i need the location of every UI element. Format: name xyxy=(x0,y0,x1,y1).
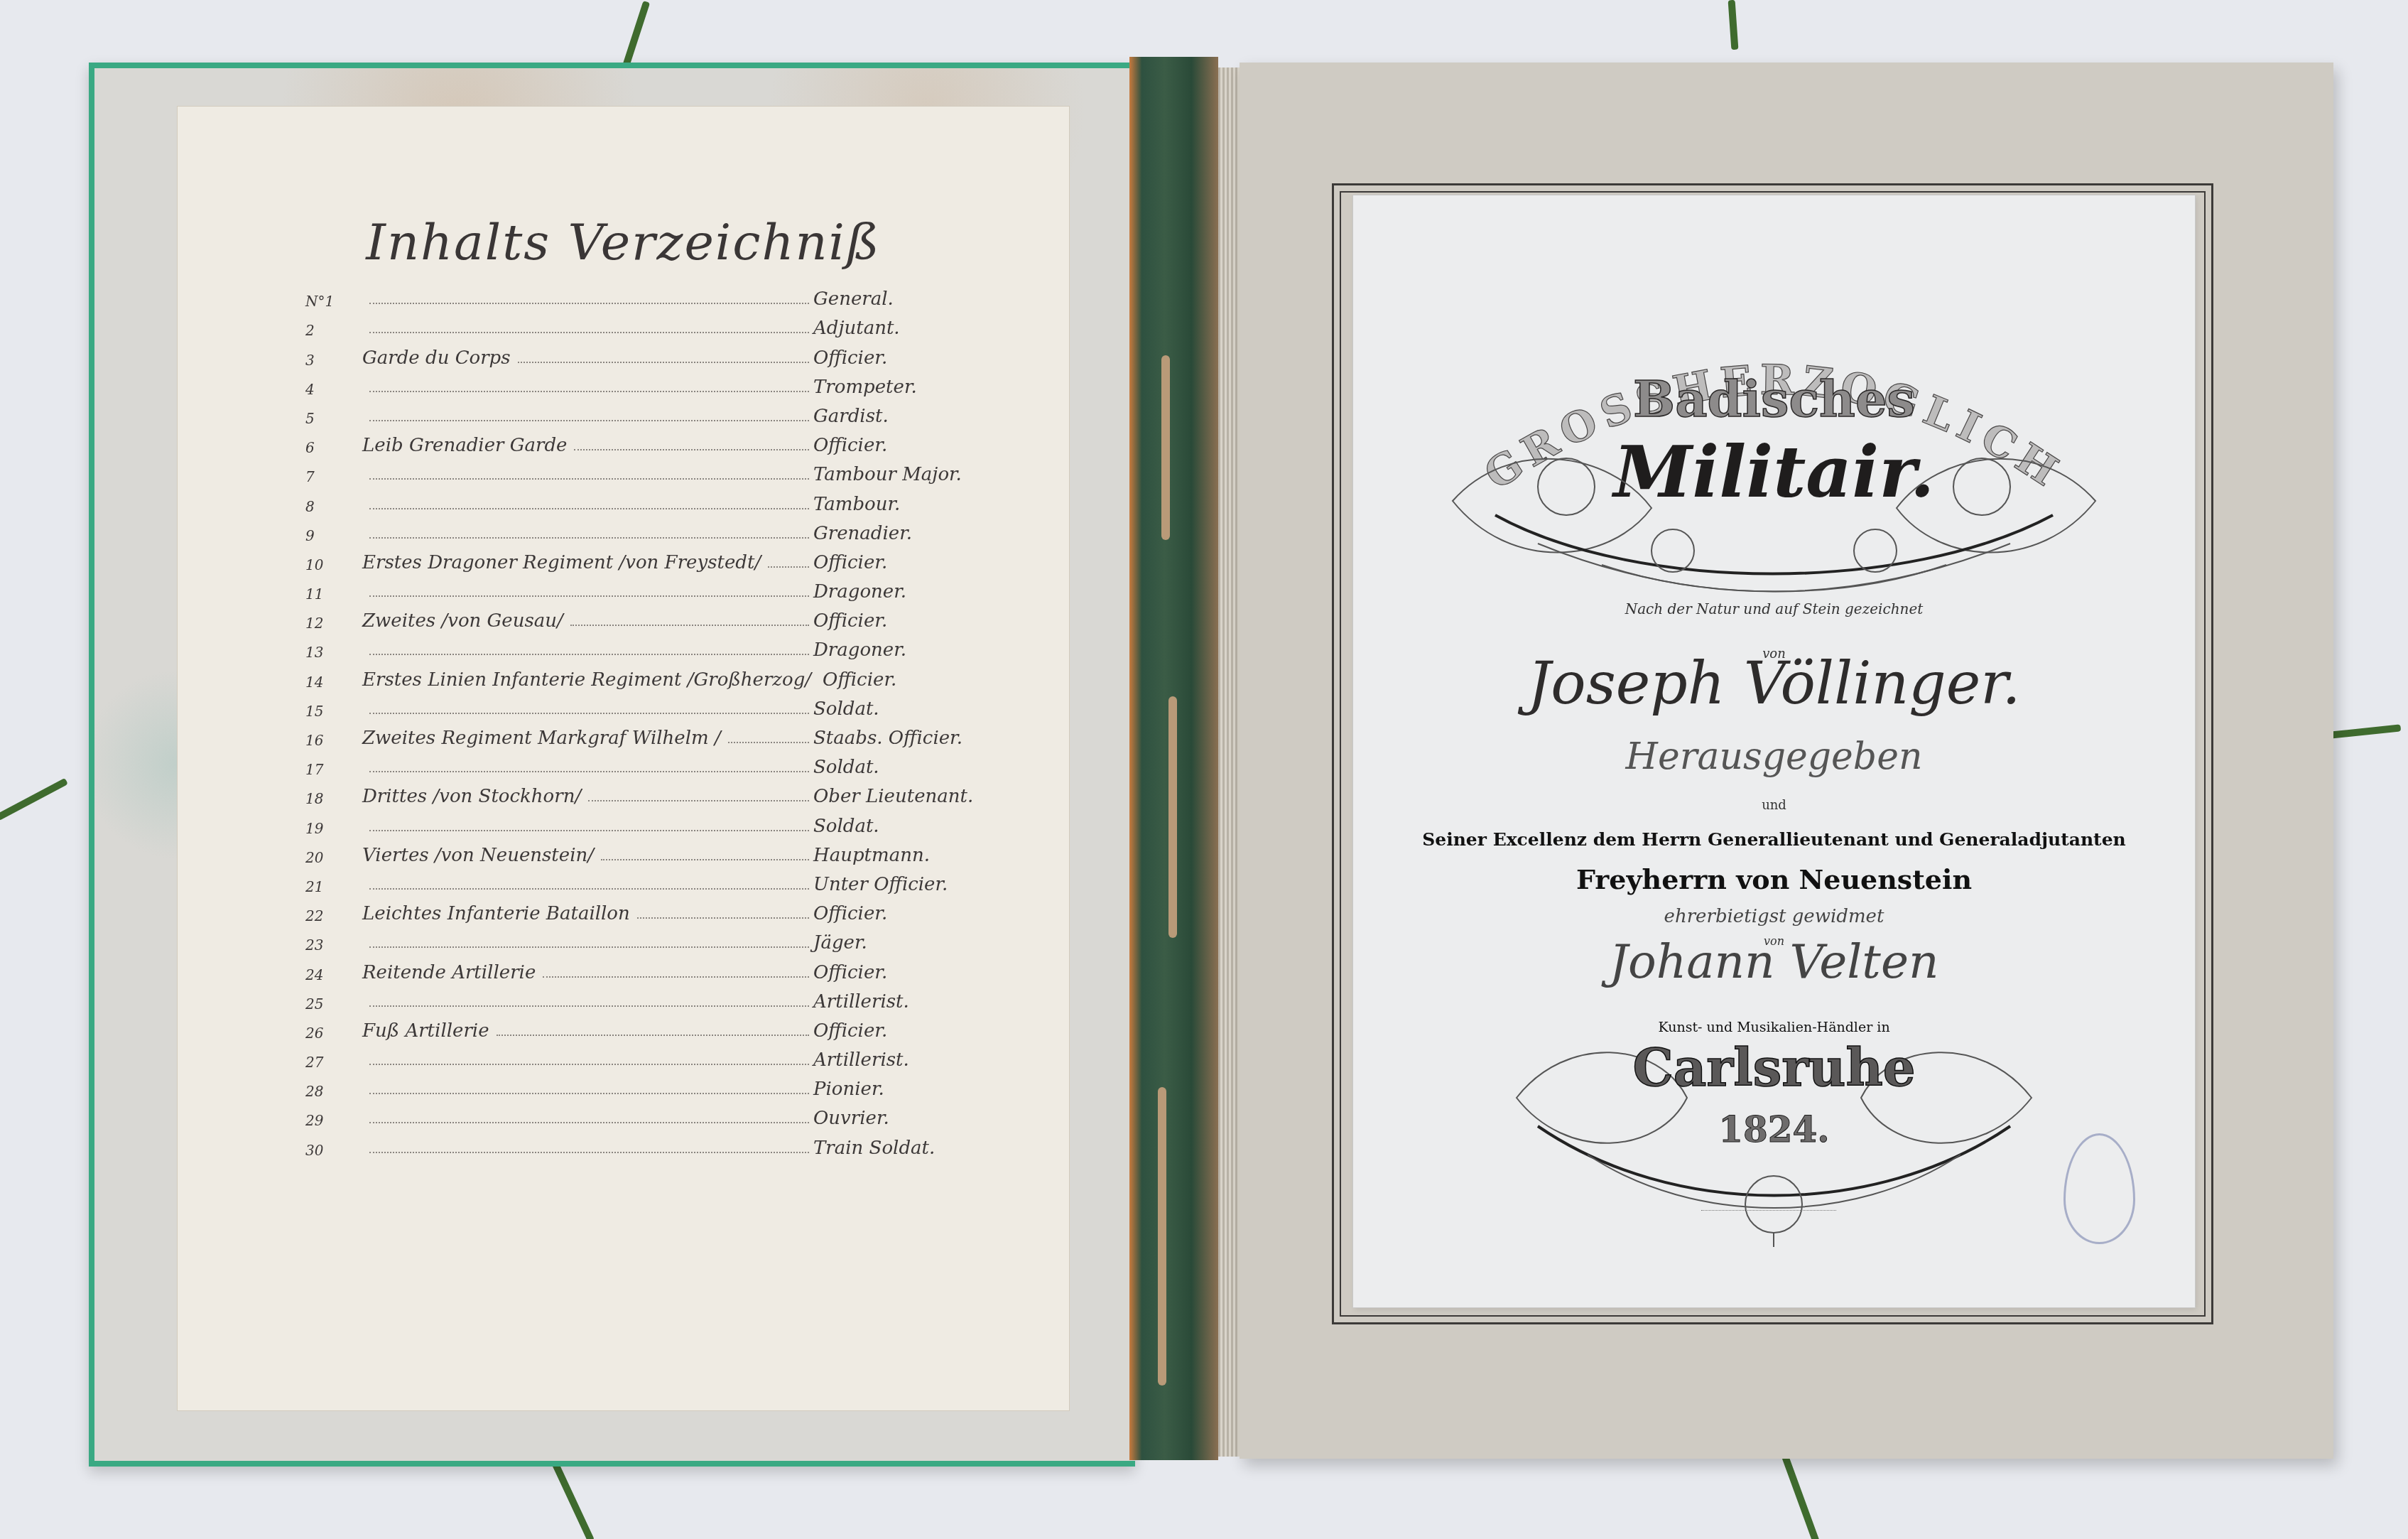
tie-cord-top-right xyxy=(1728,0,1739,50)
dotted-leader xyxy=(369,771,809,772)
entry-number: 24 xyxy=(305,966,362,983)
entry-rank: Staabs. Officier. xyxy=(813,728,962,749)
index-entry: 18Drittes /von Stockhorn/Ober Lieutenant… xyxy=(305,778,962,807)
index-entry: 3Garde du CorpsOfficier. xyxy=(305,339,962,368)
entry-number: 28 xyxy=(305,1083,362,1100)
index-entry: 14Erstes Linien Infanterie Regiment /Gro… xyxy=(305,661,962,690)
dotted-leader xyxy=(601,859,809,860)
entry-number: 23 xyxy=(305,936,362,954)
tie-cord-left xyxy=(0,778,68,821)
entry-unit: Viertes /von Neuenstein/ xyxy=(362,845,597,866)
city-name: Carlsruhe xyxy=(1353,1037,2195,1098)
entry-unit: Erstes Linien Infanterie Regiment /Großh… xyxy=(362,669,814,691)
dotted-leader xyxy=(369,1152,809,1153)
spine xyxy=(1129,57,1218,1460)
dotted-leader xyxy=(588,800,809,801)
index-entry: 9Grenadier. xyxy=(305,515,962,544)
dotted-leader xyxy=(369,654,809,655)
entry-rank: Grenadier. xyxy=(813,523,962,544)
entry-rank: Dragoner. xyxy=(813,581,962,603)
entry-number: 30 xyxy=(305,1142,362,1159)
entry-rank: Officier. xyxy=(813,1020,962,1042)
index-entry: 27Artillerist. xyxy=(305,1042,962,1071)
index-entry: 12Zweites /von Geusau/Officier. xyxy=(305,603,962,632)
entry-number: 12 xyxy=(305,615,362,632)
entry-rank: Officier. xyxy=(813,962,962,983)
dotted-leader xyxy=(369,478,809,480)
tie-cord-right xyxy=(2323,724,2401,739)
entry-number: 6 xyxy=(305,439,362,456)
dotted-leader xyxy=(369,537,809,539)
index-entry: 4Trompeter. xyxy=(305,369,962,398)
dedication-line: Seiner Excellenz dem Herrn Generallieute… xyxy=(1353,829,2195,850)
dotted-leader xyxy=(369,508,809,509)
dotted-leader xyxy=(543,976,809,978)
index-entry: 16Zweites Regiment Markgraf Wilhelm /Sta… xyxy=(305,720,962,749)
entry-rank: General. xyxy=(813,288,962,310)
entry-unit: Erstes Dragoner Regiment /von Freystedt/ xyxy=(362,552,764,573)
entry-number: 17 xyxy=(305,761,362,778)
dotted-leader xyxy=(369,946,809,948)
dotted-leader xyxy=(637,917,809,919)
dotted-leader xyxy=(369,303,809,304)
entry-rank: Officier. xyxy=(813,435,962,456)
tie-cord-bottom-left xyxy=(549,1456,595,1539)
index-entry: N°1General. xyxy=(305,281,962,310)
published-label: Herausgegeben xyxy=(1353,735,2195,778)
tie-cord-bottom-right xyxy=(1781,1454,1820,1539)
index-entry: 28Pionier. xyxy=(305,1071,962,1100)
index-entry: 17Soldat. xyxy=(305,749,962,778)
trade-line: Kunst- und Musikalien-Händler in xyxy=(1353,1020,2195,1035)
index-list: N°1General.2Adjutant.3Garde du CorpsOffi… xyxy=(305,281,962,1159)
entry-unit: Leichtes Infanterie Bataillon xyxy=(362,903,633,924)
entry-number: 29 xyxy=(305,1112,362,1129)
index-entry: 24Reitende ArtillerieOfficier. xyxy=(305,954,962,983)
entry-unit: Leib Grenadier Garde xyxy=(362,435,570,456)
entry-unit: Drittes /von Stockhorn/ xyxy=(362,786,584,807)
dotted-leader xyxy=(518,362,809,363)
index-entry: 22Leichtes Infanterie BataillonOfficier. xyxy=(305,895,962,924)
entry-number: 10 xyxy=(305,556,362,573)
entry-rank: Train Soldat. xyxy=(813,1138,962,1159)
dotted-leader xyxy=(369,830,809,831)
entry-rank: Jäger. xyxy=(813,932,962,954)
entry-rank: Officier. xyxy=(823,669,972,691)
entry-number: 14 xyxy=(305,674,362,691)
entry-number: 8 xyxy=(305,498,362,515)
entry-number: 15 xyxy=(305,703,362,720)
entry-rank: Gardist. xyxy=(813,406,962,427)
entry-unit: Zweites Regiment Markgraf Wilhelm / xyxy=(362,728,724,749)
entry-rank: Pionier. xyxy=(813,1079,962,1100)
index-entry: 10Erstes Dragoner Regiment /von Freysted… xyxy=(305,544,962,573)
entry-rank: Soldat. xyxy=(813,757,962,778)
entry-number: 4 xyxy=(305,381,362,398)
entry-rank: Officier. xyxy=(813,552,962,573)
entry-rank: Unter Officier. xyxy=(813,874,962,895)
respectfully-label: ehrerbietigst gewidmet xyxy=(1353,906,2195,927)
entry-rank: Ober Lieutenant. xyxy=(813,786,962,807)
dotted-leader xyxy=(369,332,809,333)
page-edges xyxy=(1218,67,1240,1457)
drawn-note: Nach der Natur und auf Stein gezeichnet xyxy=(1353,600,2195,617)
entry-unit: Zweites /von Geusau/ xyxy=(362,610,566,632)
dotted-leader xyxy=(369,420,809,421)
entry-rank: Hauptmann. xyxy=(813,845,962,866)
entry-number: 27 xyxy=(305,1054,362,1071)
dotted-leader xyxy=(768,566,809,568)
dotted-leader xyxy=(497,1035,809,1036)
entry-unit: Fuß Artillerie xyxy=(362,1020,492,1042)
entry-number: 7 xyxy=(305,468,362,485)
entry-rank: Artillerist. xyxy=(813,1049,962,1071)
entry-rank: Soldat. xyxy=(813,816,962,837)
entry-number: 9 xyxy=(305,527,362,544)
index-title: Inhalts Verzeichniß xyxy=(178,213,1069,271)
index-entry: 2Adjutant. xyxy=(305,310,962,339)
index-entry: 11Dragoner. xyxy=(305,573,962,603)
dotted-leader xyxy=(369,1122,809,1123)
index-entry: 6Leib Grenadier GardeOfficier. xyxy=(305,427,962,456)
entry-number: 13 xyxy=(305,644,362,661)
entry-rank: Tambour. xyxy=(813,494,962,515)
dotted-leader xyxy=(369,1064,809,1065)
tie-cord-top-left xyxy=(622,1,650,70)
index-page: Inhalts Verzeichniß N°1General.2Adjutant… xyxy=(178,107,1069,1410)
year: 1824. xyxy=(1353,1108,2195,1150)
dedicatee-name: Freyherrn von Neuenstein xyxy=(1353,863,2195,895)
dotted-leader xyxy=(369,1093,809,1094)
index-entry: 30Train Soldat. xyxy=(305,1129,962,1158)
entry-number: 19 xyxy=(305,820,362,837)
artist-name: Joseph Völlinger. xyxy=(1353,650,2195,718)
entry-rank: Officier. xyxy=(813,903,962,924)
entry-number: 2 xyxy=(305,322,362,339)
entry-number: 20 xyxy=(305,849,362,866)
entry-unit: Garde du Corps xyxy=(362,347,514,369)
entry-rank: Dragoner. xyxy=(813,639,962,661)
index-entry: 20Viertes /von Neuenstein/Hauptmann. xyxy=(305,837,962,866)
printer-imprint-line xyxy=(1701,1210,1836,1211)
index-entry: 7Tambour Major. xyxy=(305,456,962,485)
index-entry: 8Tambour. xyxy=(305,485,962,514)
dotted-leader xyxy=(570,625,809,626)
entry-unit: Reitende Artillerie xyxy=(362,962,538,983)
und-label: und xyxy=(1353,798,2195,813)
dotted-leader xyxy=(728,742,809,743)
entry-rank: Officier. xyxy=(813,347,962,369)
entry-rank: Officier. xyxy=(813,610,962,632)
entry-number: 16 xyxy=(305,732,362,749)
dotted-leader xyxy=(369,713,809,714)
entry-rank: Ouvrier. xyxy=(813,1108,962,1129)
dotted-leader xyxy=(369,391,809,392)
entry-rank: Soldat. xyxy=(813,698,962,720)
dotted-leader xyxy=(369,1005,809,1007)
title-page: GROSSHERZOGLICH Badisches Militair. Nach… xyxy=(1353,195,2195,1307)
index-entry: 23Jäger. xyxy=(305,924,962,954)
index-entry: 13Dragoner. xyxy=(305,632,962,661)
entry-number: N°1 xyxy=(305,293,362,310)
entry-rank: Trompeter. xyxy=(813,377,962,398)
entry-rank: Adjutant. xyxy=(813,318,962,339)
entry-number: 22 xyxy=(305,907,362,924)
entry-number: 26 xyxy=(305,1025,362,1042)
entry-number: 3 xyxy=(305,352,362,369)
dotted-leader xyxy=(369,888,809,890)
entry-rank: Tambour Major. xyxy=(813,464,962,485)
index-entry: 19Soldat. xyxy=(305,807,962,836)
index-entry: 29Ouvrier. xyxy=(305,1100,962,1129)
entry-number: 11 xyxy=(305,585,362,603)
entry-number: 25 xyxy=(305,995,362,1012)
index-entry: 21Unter Officier. xyxy=(305,866,962,895)
index-entry: 15Soldat. xyxy=(305,691,962,720)
dotted-leader xyxy=(574,449,809,450)
index-entry: 26Fuß ArtillerieOfficier. xyxy=(305,1012,962,1042)
index-entry: 25Artillerist. xyxy=(305,983,962,1012)
flourish-top-icon xyxy=(1353,409,2195,593)
entry-rank: Artillerist. xyxy=(813,991,962,1012)
publisher-name: Johann Velten xyxy=(1353,934,2195,989)
index-entry: 5Gardist. xyxy=(305,398,962,427)
entry-number: 18 xyxy=(305,790,362,807)
entry-number: 5 xyxy=(305,410,362,427)
dotted-leader xyxy=(369,595,809,597)
entry-number: 21 xyxy=(305,878,362,895)
